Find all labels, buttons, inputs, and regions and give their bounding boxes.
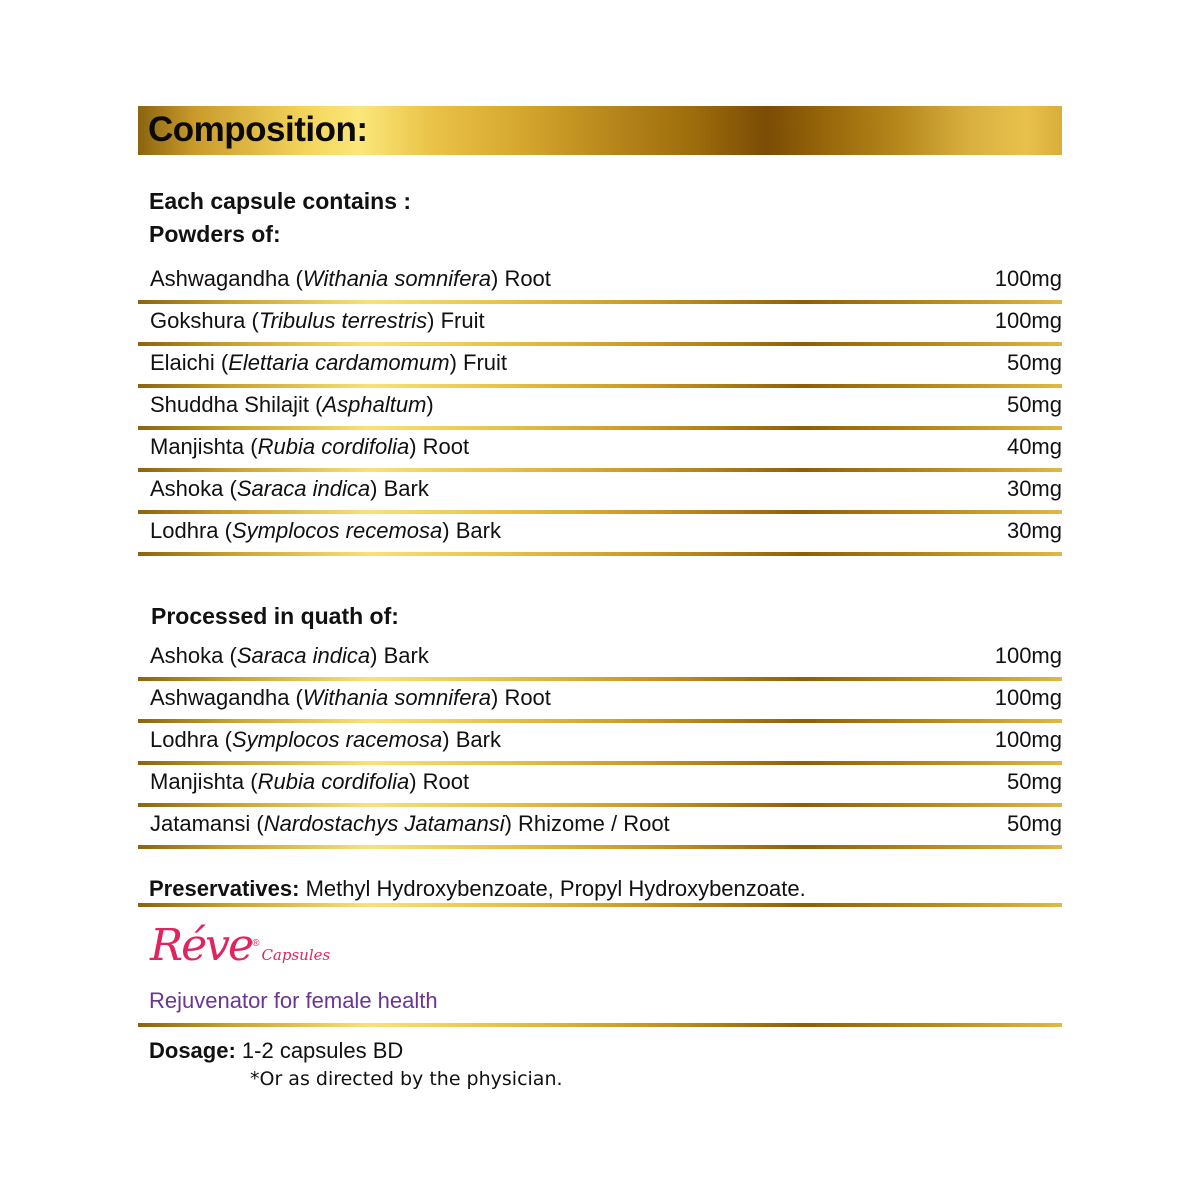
registered-mark: ®: [252, 938, 259, 949]
common-name: Elaichi (: [150, 350, 228, 375]
ingredient-amount: 50mg: [1007, 811, 1062, 837]
latin-name: Saraca indica: [237, 476, 370, 501]
ingredient-amount: 100mg: [995, 308, 1062, 334]
ingredient-amount: 100mg: [995, 727, 1062, 753]
latin-name: Symplocos recemosa: [232, 518, 442, 543]
plant-part: ) Bark: [442, 518, 501, 543]
ingredient-name: Shuddha Shilajit (Asphaltum): [150, 392, 434, 418]
ingredient-name: Manjishta (Rubia cordifolia) Root: [150, 769, 469, 795]
dosage-label: Dosage:: [149, 1038, 236, 1063]
plant-part: ) Rhizome / Root: [505, 811, 670, 836]
ingredient-amount: 50mg: [1007, 769, 1062, 795]
latin-name: Withania somnifera: [303, 685, 491, 710]
ingredient-row: Ashoka (Saraca indica) Bark100mg: [138, 639, 1062, 681]
ingredient-name: Lodhra (Symplocos recemosa) Bark: [150, 518, 501, 544]
ingredient-row: Elaichi (Elettaria cardamomum) Fruit50mg: [138, 346, 1062, 388]
common-name: Ashoka (: [150, 476, 237, 501]
ingredient-row: Ashwagandha (Withania somnifera) Root100…: [138, 262, 1062, 304]
ingredient-amount: 30mg: [1007, 518, 1062, 544]
composition-header-bar: Composition:: [138, 106, 1062, 155]
plant-part: ) Root: [491, 685, 551, 710]
plant-part: ) Fruit: [427, 308, 484, 333]
row-divider: [138, 845, 1062, 849]
page-title: Composition:: [148, 108, 368, 152]
dosage-text: Dosage: 1-2 capsules BD: [149, 1038, 403, 1064]
latin-name: Rubia cordifolia: [258, 769, 410, 794]
ingredient-amount: 100mg: [995, 643, 1062, 669]
latin-name: Nardostachys Jatamansi: [264, 811, 505, 836]
latin-name: Symplocos racemosa: [232, 727, 442, 752]
common-name: Ashwagandha (: [150, 266, 303, 291]
ingredient-amount: 50mg: [1007, 350, 1062, 376]
ingredient-row: Jatamansi (Nardostachys Jatamansi) Rhizo…: [138, 807, 1062, 849]
ingredient-amount: 50mg: [1007, 392, 1062, 418]
plant-part: ) Bark: [370, 643, 429, 668]
common-name: Jatamansi (: [150, 811, 264, 836]
ingredient-name: Gokshura (Tribulus terrestris) Fruit: [150, 308, 485, 334]
preservatives-value: Methyl Hydroxybenzoate, Propyl Hydroxybe…: [299, 876, 805, 901]
brand-tagline: Rejuvenator for female health: [149, 988, 438, 1014]
latin-name: Rubia cordifolia: [258, 434, 410, 459]
ingredient-row: Ashoka (Saraca indica) Bark30mg: [138, 472, 1062, 514]
ingredient-row: Ashwagandha (Withania somnifera) Root100…: [138, 681, 1062, 723]
plant-part: ): [426, 392, 433, 417]
plant-part: ) Root: [491, 266, 551, 291]
quath-heading: Processed in quath of:: [151, 603, 399, 630]
divider: [138, 1023, 1062, 1027]
divider: [138, 903, 1062, 907]
ingredient-name: Elaichi (Elettaria cardamomum) Fruit: [150, 350, 507, 376]
plant-part: ) Fruit: [450, 350, 507, 375]
latin-name: Asphaltum: [322, 392, 426, 417]
latin-name: Elettaria cardamomum: [228, 350, 449, 375]
latin-name: Saraca indica: [237, 643, 370, 668]
common-name: Manjishta (: [150, 434, 258, 459]
brand-form: Capsules: [261, 946, 330, 964]
ingredient-row: Manjishta (Rubia cordifolia) Root40mg: [138, 430, 1062, 472]
ingredient-name: Ashwagandha (Withania somnifera) Root: [150, 685, 551, 711]
ingredient-name: Ashwagandha (Withania somnifera) Root: [150, 266, 551, 292]
plant-part: ) Root: [409, 769, 469, 794]
brand-logo: Réve®Capsules: [150, 920, 330, 980]
plant-part: ) Root: [409, 434, 469, 459]
common-name: Lodhra (: [150, 727, 232, 752]
ingredient-name: Jatamansi (Nardostachys Jatamansi) Rhizo…: [150, 811, 670, 837]
common-name: Lodhra (: [150, 518, 232, 543]
ingredient-amount: 40mg: [1007, 434, 1062, 460]
ingredient-name: Ashoka (Saraca indica) Bark: [150, 643, 429, 669]
row-divider: [138, 552, 1062, 556]
common-name: Ashwagandha (: [150, 685, 303, 710]
ingredient-row: Shuddha Shilajit (Asphaltum)50mg: [138, 388, 1062, 430]
ingredient-name: Manjishta (Rubia cordifolia) Root: [150, 434, 469, 460]
ingredient-row: Manjishta (Rubia cordifolia) Root50mg: [138, 765, 1062, 807]
ingredient-row: Lodhra (Symplocos racemosa) Bark100mg: [138, 723, 1062, 765]
ingredient-amount: 100mg: [995, 685, 1062, 711]
ingredient-amount: 30mg: [1007, 476, 1062, 502]
ingredient-name: Lodhra (Symplocos racemosa) Bark: [150, 727, 501, 753]
plant-part: ) Bark: [442, 727, 501, 752]
preservatives-text: Preservatives: Methyl Hydroxybenzoate, P…: [149, 876, 806, 902]
latin-name: Withania somnifera: [303, 266, 491, 291]
plant-part: ) Bark: [370, 476, 429, 501]
intro-each-capsule: Each capsule contains :: [149, 188, 411, 215]
ingredient-amount: 100mg: [995, 266, 1062, 292]
latin-name: Tribulus terrestris: [259, 308, 427, 333]
preservatives-label: Preservatives:: [149, 876, 299, 901]
common-name: Gokshura (: [150, 308, 259, 333]
ingredient-name: Ashoka (Saraca indica) Bark: [150, 476, 429, 502]
brand-name: Réve: [150, 920, 252, 971]
dosage-value: 1-2 capsules BD: [236, 1038, 404, 1063]
common-name: Ashoka (: [150, 643, 237, 668]
common-name: Shuddha Shilajit (: [150, 392, 322, 417]
ingredient-row: Lodhra (Symplocos recemosa) Bark30mg: [138, 514, 1062, 556]
ingredient-row: Gokshura (Tribulus terrestris) Fruit100m…: [138, 304, 1062, 346]
common-name: Manjishta (: [150, 769, 258, 794]
dosage-note: *Or as directed by the physician.: [250, 1068, 563, 1090]
intro-powders-of: Powders of:: [149, 221, 281, 248]
